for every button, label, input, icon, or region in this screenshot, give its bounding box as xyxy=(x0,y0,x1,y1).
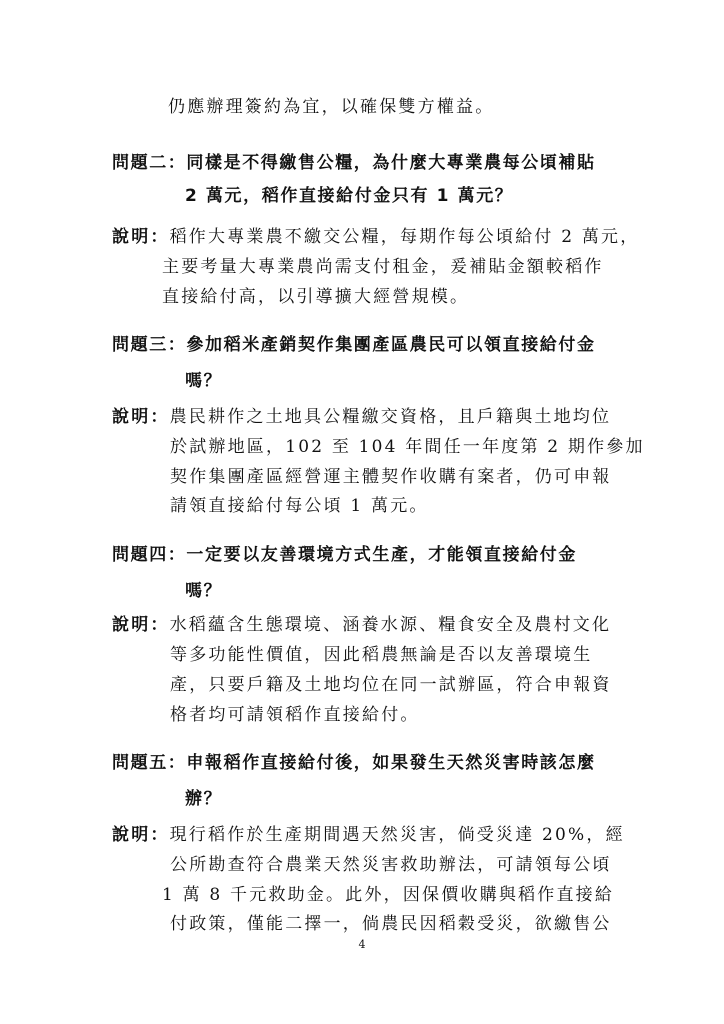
page-number: 4 xyxy=(0,938,724,951)
answer-3: 說明：農民耕作之土地具公糧繳交資格，且戶籍與土地均位 xyxy=(112,402,611,427)
answer-line: 等多功能性價值，因此稻農無論是否以友善環境生 xyxy=(170,640,592,665)
question-3: 問題三：參加稻米產銷契作集團產區農民可以領直接給付金 xyxy=(112,330,596,355)
answer-text: 水稻蘊含生態環境、涵養水源、糧食安全及農村文化 xyxy=(170,615,612,635)
question-4: 問題四：一定要以友善環境方式生產，才能領直接給付金 xyxy=(112,540,577,565)
question-5: 問題五：申報稻作直接給付後，如果發生天然災害時該怎麼 xyxy=(112,748,596,773)
answer-5: 說明：現行稻作於生產期間遇天然災害，倘受災達 20%，經 xyxy=(112,820,625,845)
answer-label: 說明： xyxy=(112,227,170,247)
answer-line: 付政策，僅能二擇一，倘農民因稻穀受災，欲繳售公 xyxy=(170,909,612,934)
question-label: 問題二： xyxy=(112,153,186,173)
answer-line: 請領直接給付每公頃 1 萬元。 xyxy=(170,491,429,516)
question-label: 問題五： xyxy=(112,753,186,773)
question-5-cont: 辦？ xyxy=(185,784,222,809)
answer-text: 稻作大專業農不繳交公糧，每期作每公頃給付 2 萬元， xyxy=(170,227,640,247)
answer-2: 說明：稻作大專業農不繳交公糧，每期作每公頃給付 2 萬元， xyxy=(112,222,639,247)
question-text: 申報稻作直接給付後，如果發生天然災害時該怎麼 xyxy=(186,753,595,773)
answer-line: 產，只要戶籍及土地均位在同一試辦區，符合申報資 xyxy=(170,670,612,695)
answer-line: 直接給付高，以引導擴大經營規模。 xyxy=(162,282,469,307)
answer-line: 契作集團產區經營運主體契作收購有案者，仍可申報 xyxy=(170,462,612,487)
answer-line: 於試辦地區，102 至 104 年間任一年度第 2 期作參加 xyxy=(170,432,645,457)
intro-line: 仍應辦理簽約為宜，以確保雙方權益。 xyxy=(168,92,494,117)
answer-label: 說明： xyxy=(112,825,170,845)
answer-line: 公所勘查符合農業天然災害救助辦法，可請領每公頃 xyxy=(170,850,612,875)
answer-label: 說明： xyxy=(112,615,170,635)
question-2-cont: 2 萬元，稻作直接給付金只有 1 萬元？ xyxy=(185,181,513,206)
question-label: 問題三： xyxy=(112,335,186,355)
question-text: 同樣是不得繳售公糧，為什麼大專業農每公頃補貼 xyxy=(186,153,595,173)
answer-line: 1 萬 8 千元救助金。此外，因保價收購與稻作直接給 xyxy=(162,880,614,905)
question-text: 一定要以友善環境方式生產，才能領直接給付金 xyxy=(186,545,577,565)
question-text: 參加稻米產銷契作集團產區農民可以領直接給付金 xyxy=(186,335,595,355)
answer-text: 現行稻作於生產期間遇天然災害，倘受災達 20%，經 xyxy=(170,825,625,845)
question-2: 問題二：同樣是不得繳售公糧，為什麼大專業農每公頃補貼 xyxy=(112,148,596,173)
answer-line: 主要考量大專業農尚需支付租金，爰補貼金額較稻作 xyxy=(162,252,604,277)
answer-label: 說明： xyxy=(112,407,170,427)
answer-line: 格者均可請領稻作直接給付。 xyxy=(170,700,420,725)
question-4-cont: 嗎？ xyxy=(185,576,222,601)
question-3-cont: 嗎？ xyxy=(185,366,222,391)
answer-4: 說明：水稻蘊含生態環境、涵養水源、糧食安全及農村文化 xyxy=(112,610,611,635)
question-label: 問題四： xyxy=(112,545,186,565)
answer-text: 農民耕作之土地具公糧繳交資格，且戶籍與土地均位 xyxy=(170,407,612,427)
